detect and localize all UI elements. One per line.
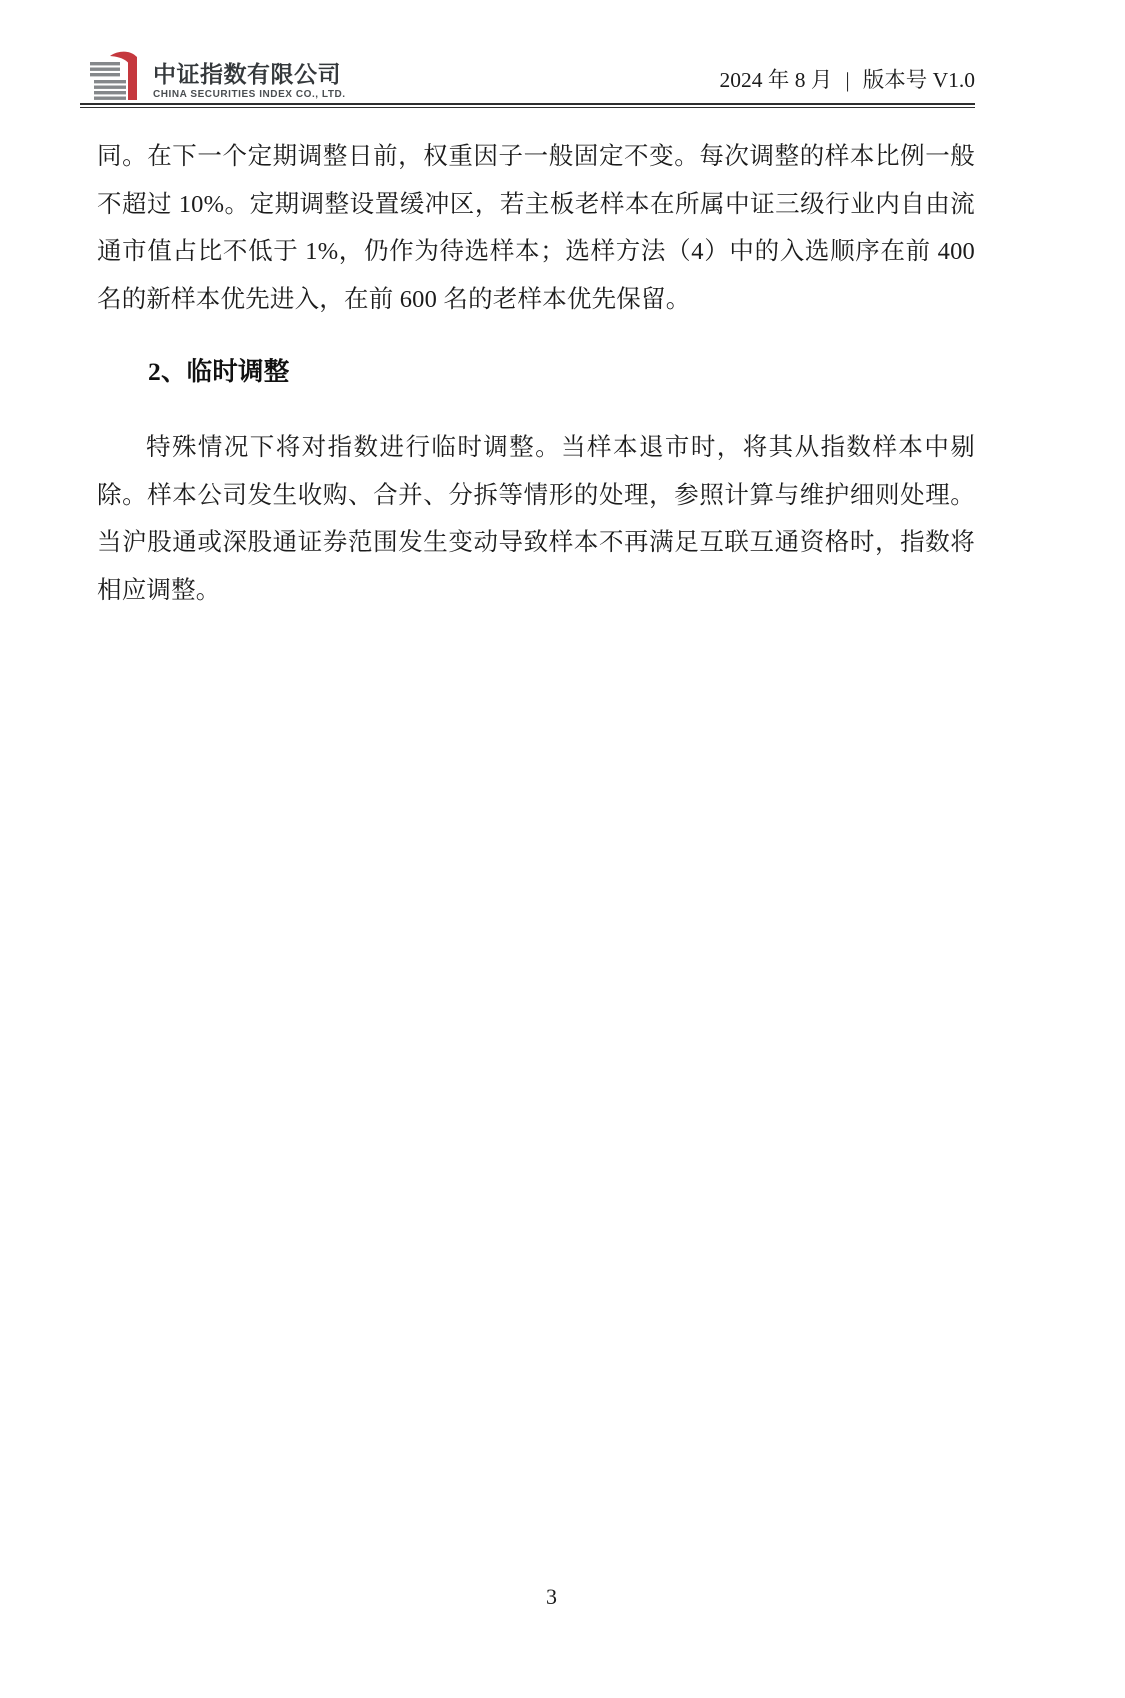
paragraph-regular-adjustment: 同。在下一个定期调整日前，权重因子一般固定不变。每次调整的样本比例一般不超过 1… [97,133,975,323]
header-divider [80,103,975,108]
header-separator: | [832,67,862,94]
document-page: 中证指数有限公司 CHINA SECURITIES INDEX CO., LTD… [0,0,1125,1698]
csi-logo-icon [88,50,144,100]
document-body: 同。在下一个定期调整日前，权重因子一般固定不变。每次调整的样本比例一般不超过 1… [97,133,975,614]
page-number: 3 [546,1583,557,1611]
company-name-cn: 中证指数有限公司 [153,63,346,86]
company-name-en: CHINA SECURITIES INDEX CO., LTD. [153,90,346,100]
header-version: 版本号 V1.0 [863,68,975,92]
header-date: 2024 年 8 月 [720,68,833,92]
page-footer: 3 [0,1583,1125,1611]
section-heading-temporary-adjustment: 2、临时调整 [148,348,975,396]
company-logo-text: 中证指数有限公司 CHINA SECURITIES INDEX CO., LTD… [153,50,346,100]
header-version-info: 2024 年 8 月|版本号 V1.0 [720,67,975,94]
company-logo: 中证指数有限公司 CHINA SECURITIES INDEX CO., LTD… [88,50,346,100]
paragraph-temporary-adjustment: 特殊情况下将对指数进行临时调整。当样本退市时，将其从指数样本中剔除。样本公司发生… [97,424,975,614]
